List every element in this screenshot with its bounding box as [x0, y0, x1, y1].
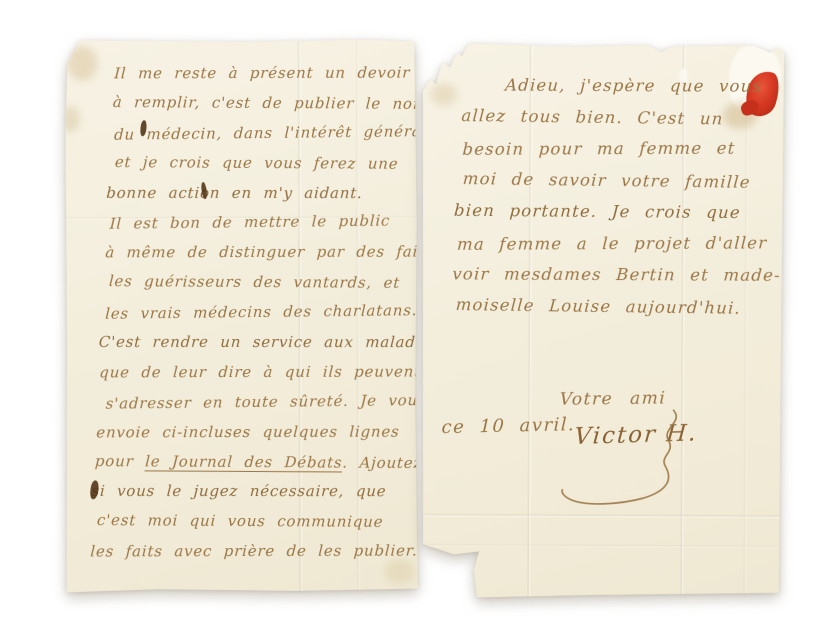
letter-closing: Votre ami	[559, 388, 666, 409]
handwritten-line: les vrais médecins des charlatans.	[104, 301, 417, 334]
handwritten-line-journal: pour le Journal des Débats. Ajoutez,	[94, 452, 408, 484]
handwritten-line: allez tous bien. C'est un	[460, 105, 784, 141]
handwritten-line: ma femme a le projet d'aller	[456, 233, 780, 266]
handwritten-line: Il me reste à présent un devoir	[113, 64, 426, 95]
handwritten-line: si vous le jugez nécessaire, que	[90, 482, 404, 512]
paper-stain	[431, 83, 457, 105]
handwritten-line: que de leur dire à qui ils peuvent	[98, 362, 411, 393]
journal-title-underlined: le Journal des Débats	[145, 452, 343, 471]
letter-photograph: Il me reste à présent un devoir à rempli…	[0, 0, 840, 629]
letter-body-left: Il me reste à présent un devoir à rempli…	[89, 64, 426, 573]
paper-stain	[61, 106, 79, 132]
handwritten-line: Adieu, j'espère que vous	[462, 75, 786, 108]
handwritten-line: moi de savoir votre famille	[456, 168, 780, 204]
handwritten-line: C'est rendre un service aux malades	[98, 333, 412, 363]
handwritten-line: du médecin, dans l'intérêt général,	[113, 122, 426, 155]
paper-stain	[67, 46, 97, 80]
letter-date: ce 10 avril.	[441, 414, 575, 438]
handwritten-line: les faits avec prière de les publier.	[89, 542, 402, 573]
handwritten-line: voir mesdames Bertin et made-	[451, 264, 775, 297]
letter-page-left: Il me reste à présent un devoir à rempli…	[65, 40, 417, 593]
fold-crease	[421, 543, 782, 549]
journal-line-pre: pour	[94, 452, 145, 470]
handwritten-line: bonne action en m'y aidant.	[105, 183, 419, 213]
handwritten-line: et je crois que vous ferez une	[109, 153, 423, 185]
handwritten-line: à remplir, c'est de publier le nom	[112, 93, 426, 125]
letter-page-right: Adieu, j'espère que vous allez tous bien…	[421, 43, 784, 599]
signature: Victor H.	[574, 420, 699, 450]
letter-page-left-wrap: Il me reste à présent un devoir à rempli…	[65, 40, 417, 593]
handwritten-line: bien portante. Je crois que	[453, 201, 777, 235]
fold-crease	[421, 513, 782, 519]
letter-page-right-wrap: Adieu, j'espère que vous allez tous bien…	[421, 43, 784, 599]
handwritten-line: s'adresser en toute sûreté. Je vous	[100, 391, 413, 424]
letter-body-right: Adieu, j'espère que vous allez tous bien…	[449, 75, 785, 328]
handwritten-line: les guérisseurs des vantards, et	[103, 272, 417, 304]
handwritten-line: moiselle Louise aujourd'hui.	[449, 294, 773, 330]
journal-line-post: . Ajoutez,	[342, 453, 428, 472]
handwritten-line: envoie ci-incluses quelques lignes	[95, 422, 408, 453]
handwritten-line: c'est moi qui vous communique	[91, 511, 405, 543]
handwritten-line: à même de distinguer par des faits	[104, 243, 417, 274]
handwritten-line: Il est bon de mettre le public	[109, 212, 422, 245]
handwritten-line: besoin pour ma femme et	[461, 138, 785, 171]
